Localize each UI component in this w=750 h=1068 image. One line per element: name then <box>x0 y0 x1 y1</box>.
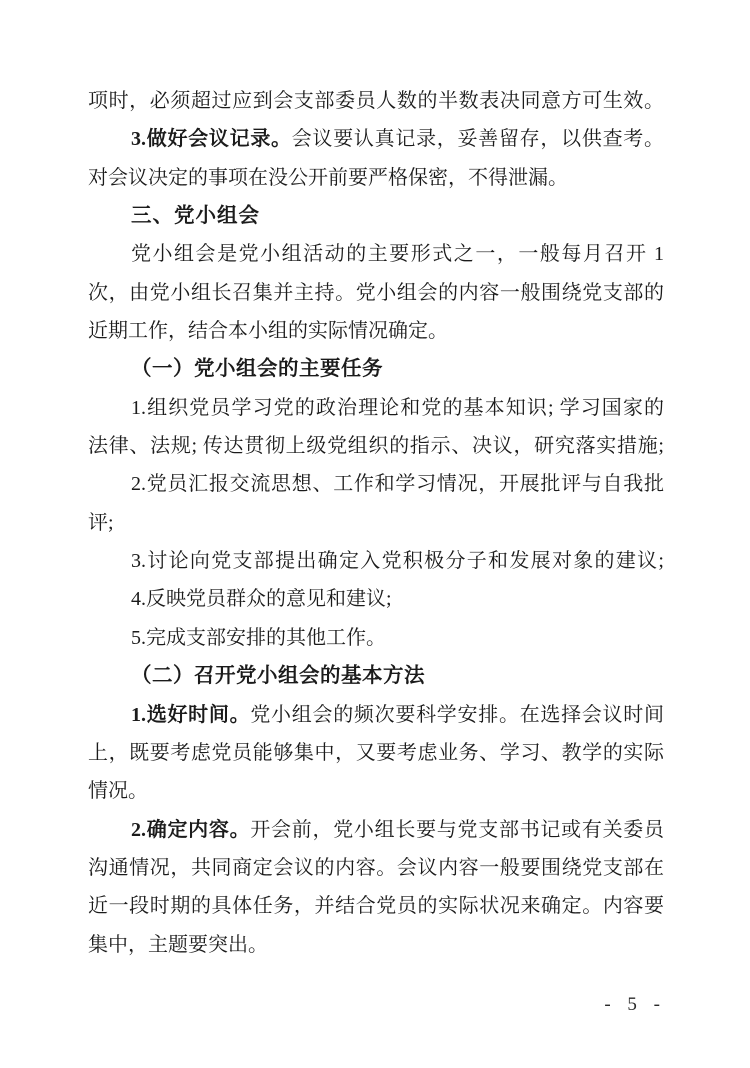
subsection-heading: （一）党小组会的主要任务 <box>88 350 664 388</box>
body-text: 法律、法规; 传达贯彻上级党组织的指示、决议，研究落实措施; <box>88 435 664 457</box>
body-text: 情况。 <box>88 780 148 802</box>
bold-lead: 3.做好会议记录。 <box>131 128 292 150</box>
section-heading: 三、党小组会 <box>88 197 664 235</box>
subsection-heading: （二）召开党小组会的基本方法 <box>88 657 664 695</box>
text-line: 1.选好时间。党小组会的频次要科学安排。在选择会议时间 <box>88 696 664 734</box>
text-line: 1.组织党员学习党的政治理论和党的基本知识; 学习国家的 <box>88 389 664 427</box>
heading-text: （一）党小组会的主要任务 <box>131 358 383 380</box>
heading-text: 三、党小组会 <box>131 204 260 227</box>
body-text: 评; <box>88 512 114 534</box>
body-text: 上，既要考虑党员能够集中，又要考虑业务、学习、教学的实际 <box>88 742 664 764</box>
body-text: 次，由党小组长召集并主持。党小组会的内容一般围绕党支部的 <box>88 282 664 304</box>
text-line: 项时，必须超过应到会支部委员人数的半数表决同意方可生效。 <box>88 82 664 120</box>
body-text: 党小组会的频次要科学安排。在选择会议时间 <box>250 704 664 726</box>
text-line: 次，由党小组长召集并主持。党小组会的内容一般围绕党支部的 <box>88 274 664 312</box>
page-number: - 5 - <box>604 994 666 1016</box>
body-text: 集中，主题要突出。 <box>88 934 268 956</box>
body-text: 5.完成支部安排的其他工作。 <box>131 627 386 649</box>
body-text: 2.党员汇报交流思想、工作和学习情况，开展批评与自我批 <box>131 473 664 495</box>
text-line: 3.做好会议记录。会议要认真记录，妥善留存，以供查考。 <box>88 120 664 158</box>
text-line: 情况。 <box>88 772 664 810</box>
bold-lead: 2.确定内容。 <box>131 819 250 841</box>
text-line: 2.党员汇报交流思想、工作和学习情况，开展批评与自我批 <box>88 465 664 503</box>
body-text: 1.组织党员学习党的政治理论和党的基本知识; 学习国家的 <box>131 397 664 419</box>
body-text: 对会议决定的事项在没公开前要严格保密，不得泄漏。 <box>88 167 568 189</box>
text-line: 对会议决定的事项在没公开前要严格保密，不得泄漏。 <box>88 159 664 197</box>
body-text: 4.反映党员群众的意见和建议; <box>131 588 392 610</box>
body-text: 近一段时期的具体任务，并结合党员的实际状况来确定。内容要 <box>88 895 664 917</box>
body-text: 会议要认真记录，妥善留存，以供查考。 <box>292 128 664 150</box>
text-line: 近一段时期的具体任务，并结合党员的实际状况来确定。内容要 <box>88 887 664 925</box>
text-line: 沟通情况，共同商定会议的内容。会议内容一般要围绕党支部在 <box>88 849 664 887</box>
document-page: 项时，必须超过应到会支部委员人数的半数表决同意方可生效。 3.做好会议记录。会议… <box>0 0 750 1068</box>
body-text: 沟通情况，共同商定会议的内容。会议内容一般要围绕党支部在 <box>88 857 664 879</box>
document-body-text: 项时，必须超过应到会支部委员人数的半数表决同意方可生效。 3.做好会议记录。会议… <box>88 82 664 964</box>
text-line: 3.讨论向党支部提出确定入党积极分子和发展对象的建议; <box>88 542 664 580</box>
text-line: 近期工作，结合本小组的实际情况确定。 <box>88 312 664 350</box>
body-text: 党小组会是党小组活动的主要形式之一，一般每月召开 1 <box>131 243 664 265</box>
text-line: 党小组会是党小组活动的主要形式之一，一般每月召开 1 <box>88 235 664 273</box>
text-line: 上，既要考虑党员能够集中，又要考虑业务、学习、教学的实际 <box>88 734 664 772</box>
bold-lead: 1.选好时间。 <box>131 704 250 726</box>
text-line: 4.反映党员群众的意见和建议; <box>88 580 664 618</box>
text-line: 5.完成支部安排的其他工作。 <box>88 619 664 657</box>
body-text: 开会前，党小组长要与党支部书记或有关委员 <box>250 819 664 841</box>
body-text: 项时，必须超过应到会支部委员人数的半数表决同意方可生效。 <box>88 90 664 112</box>
text-line: 评; <box>88 504 664 542</box>
text-line: 2.确定内容。开会前，党小组长要与党支部书记或有关委员 <box>88 811 664 849</box>
body-text: 3.讨论向党支部提出确定入党积极分子和发展对象的建议; <box>131 550 664 572</box>
body-text: 近期工作，结合本小组的实际情况确定。 <box>88 320 448 342</box>
heading-text: （二）召开党小组会的基本方法 <box>131 665 425 687</box>
text-line: 集中，主题要突出。 <box>88 926 664 964</box>
text-line: 法律、法规; 传达贯彻上级党组织的指示、决议，研究落实措施; <box>88 427 664 465</box>
